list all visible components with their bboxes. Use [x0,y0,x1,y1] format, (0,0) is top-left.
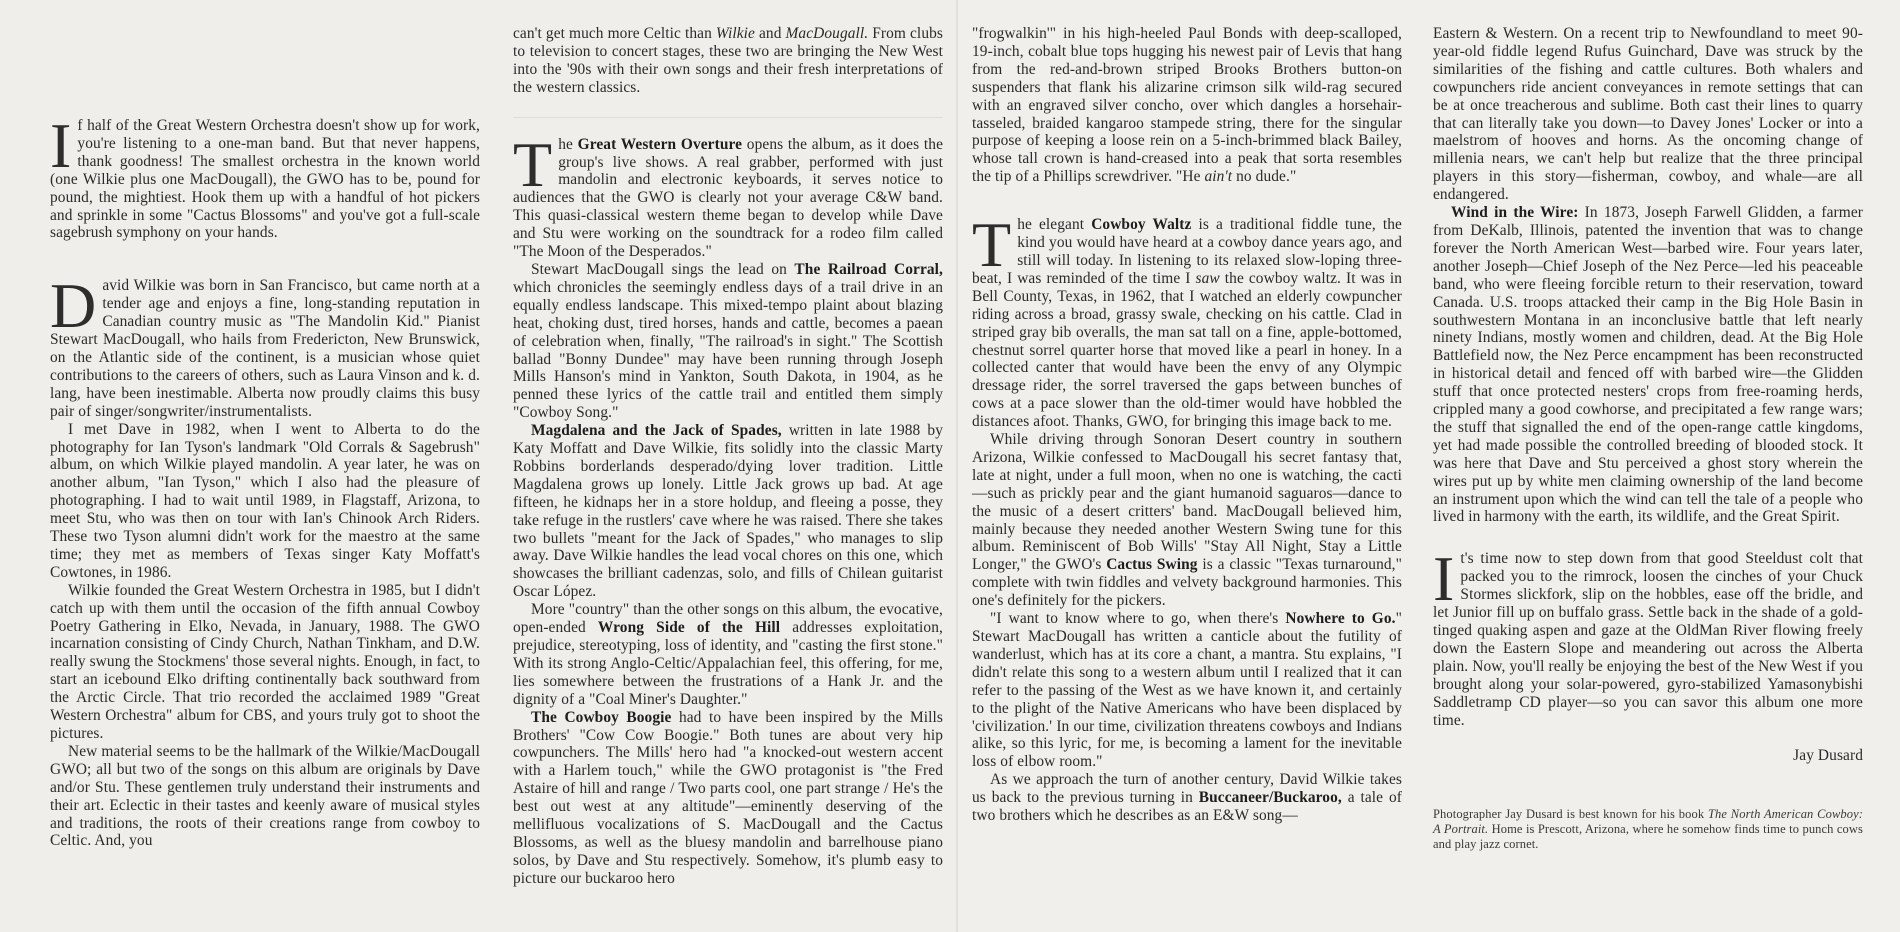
column-2: can't get much more Celtic than Wilkie a… [513,25,943,888]
song-title: Wind in the Wire: [1451,204,1578,221]
author-signature: Jay Dusard [1433,747,1863,765]
paragraph-overture: The Great Western Overture opens the alb… [513,136,943,261]
section-divider [513,117,943,118]
column-4: Eastern & Western. On a recent trip to N… [1433,25,1863,852]
paragraph-buccaneer: As we approach the turn of another centu… [972,771,1402,825]
paragraph-wind: Wind in the Wire: In 1873, Joseph Farwel… [1433,204,1863,526]
drop-cap: T [513,139,552,191]
song-title: Magdalena and the Jack of Spades, [531,422,782,439]
paragraph-wilkie: David Wilkie was born in San Francisco, … [50,277,480,420]
paragraph-intro: If half of the Great Western Orchestra d… [50,117,480,242]
paragraph-waltz: The elegant Cowboy Waltz is a traditiona… [972,216,1402,431]
drop-cap: I [50,120,71,172]
column-1: If half of the Great Western Orchestra d… [50,117,480,850]
song-title: Cactus Swing [1106,556,1197,573]
author-bio: Photographer Jay Dusard is best known fo… [1433,807,1863,852]
paragraph-met-dave: I met Dave in 1982, when I went to Alber… [50,421,480,582]
paragraph-closing: It's time now to step down from that goo… [1433,550,1863,729]
drop-cap: D [50,280,96,332]
paragraph-celtic: can't get much more Celtic than Wilkie a… [513,25,943,97]
paragraph-wrong-side: More "country" than the other songs on t… [513,601,943,708]
paragraph-nowhere: "I want to know where to go, when there'… [972,610,1402,771]
song-title: Nowhere to Go. [1285,610,1395,627]
paragraph-boogie: The Cowboy Boogie had to have been inspi… [513,709,943,888]
paragraph-eastern: Eastern & Western. On a recent trip to N… [1433,25,1863,204]
page-fold-divider [956,0,958,932]
song-title: Great Western Overture [578,136,742,153]
song-title: Buccaneer/Buckaroo, [1199,789,1342,806]
paragraph-cactus: While driving through Sonoran Desert cou… [972,431,1402,610]
paragraph-magdalena: Magdalena and the Jack of Spades, writte… [513,422,943,601]
column-3: "frogwalkin'" in his high-heeled Paul Bo… [972,25,1402,825]
paragraph-railroad: Stewart MacDougall sings the lead on The… [513,261,943,422]
drop-cap: I [1433,553,1454,605]
song-title: The Railroad Corral, [794,261,943,278]
paragraph-frogwalkin: "frogwalkin'" in his high-heeled Paul Bo… [972,25,1402,186]
song-title: Wrong Side of the Hill [598,619,780,636]
drop-cap: T [972,219,1011,271]
song-title: The Cowboy Boogie [531,709,671,726]
song-title: Cowboy Waltz [1091,216,1191,233]
paragraph-new-material: New material seems to be the hallmark of… [50,743,480,850]
paragraph-founded: Wilkie founded the Great Western Orchest… [50,582,480,743]
